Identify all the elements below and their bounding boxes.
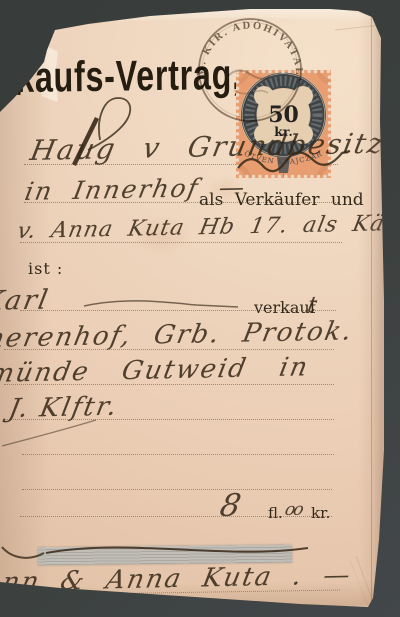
handwriting-buyer-name: v. Anna Kuta Hb 17. als Käufer bbox=[15, 210, 400, 244]
postmark: M. KIR. ADÓHIVATAL bbox=[190, 10, 310, 130]
handwriting-seller-name: Haug v Grundbesitzer bbox=[28, 126, 400, 167]
right-fold-line bbox=[371, 0, 372, 617]
ink-dash bbox=[84, 301, 238, 307]
handwriting-seller-place: in Innerhof — bbox=[22, 172, 249, 206]
handwriting-object-name: Karl bbox=[0, 285, 52, 317]
printed-ist-label: ist : bbox=[28, 259, 63, 278]
document-sheet: kaufs-Vertrag, 50 kr. ÖTVEN KRAJCZÁR bbox=[0, 0, 400, 617]
printed-kreuzer-label: kr. bbox=[311, 504, 330, 522]
right-fold-shading bbox=[358, 0, 390, 617]
covered-strip bbox=[38, 545, 292, 566]
handwriting-measure: J. Klftr. bbox=[6, 392, 121, 424]
printed-gulden-label: fl. bbox=[268, 504, 283, 522]
postmark-date-smudge bbox=[234, 90, 268, 94]
postmark-arc-text: M. KIR. ADÓHIVATAL bbox=[196, 19, 304, 77]
ruling-line bbox=[22, 454, 334, 455]
handwriting-verkauf-suffix: t bbox=[305, 293, 319, 318]
handwriting-amount-gulden: 8 bbox=[217, 488, 244, 524]
postmark-date-smudge bbox=[228, 70, 270, 78]
ruling-line bbox=[22, 489, 332, 490]
